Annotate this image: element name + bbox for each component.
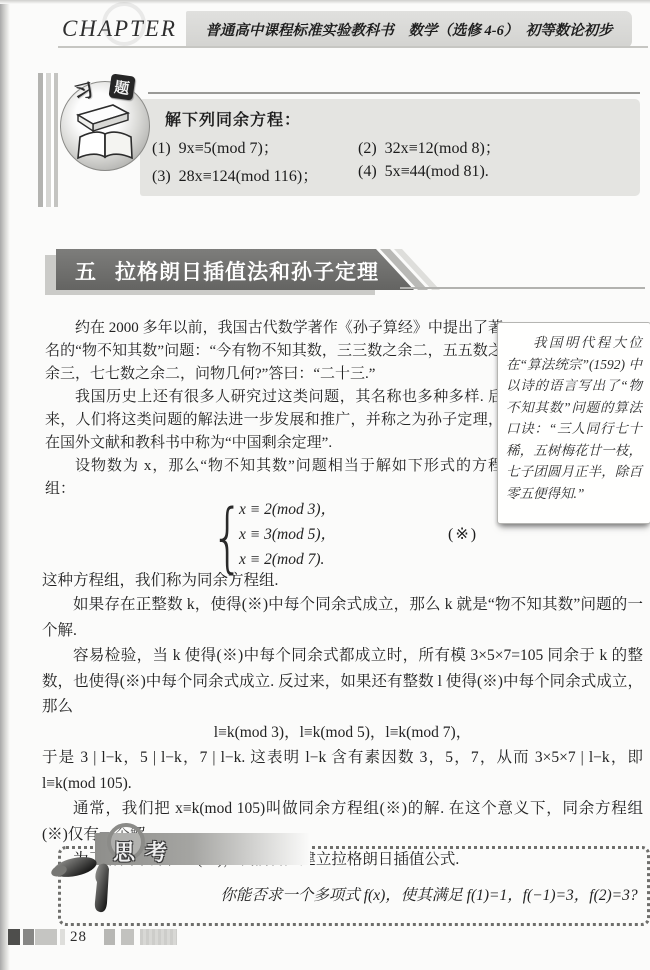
exercise-box-topline: [148, 92, 640, 94]
footer-block-5: [104, 929, 115, 945]
exercise-item-2-equation: 32x≡12(mod 8)；: [385, 140, 501, 157]
exercise-item-4-number: (4): [358, 163, 377, 180]
paragraph-3: 设物数为 x，那么“物不知其数”问题相当于解如下形式的方程组：: [45, 455, 503, 501]
exercise-item-2-number: (2): [358, 140, 377, 157]
footer-block-4: [60, 929, 65, 945]
header-band: 普通高中课程标准实验教科书 数学（选修 4-6） 初等数论初步: [186, 11, 632, 48]
paragraph-6: 容易检验，当 k 使得(※)中每个同余式都成立时，所有模 3×5×7=105 同…: [42, 643, 643, 720]
section-banner-rule: [400, 287, 645, 289]
footer-block-2: [23, 929, 34, 945]
exercise-item-2: (2)32x≡12(mod 8)；: [358, 135, 501, 158]
footer-block-7: [140, 929, 177, 945]
exercises-badge-icon: 习 题: [52, 75, 148, 187]
exercise-icon-char-2: 题: [108, 73, 135, 100]
exercise-item-4: (4)5x≡44(mod 81).: [358, 163, 489, 181]
section-title: 五拉格朗日插值法和孙子定理: [75, 256, 379, 286]
section-banner: 五拉格朗日插值法和孙子定理: [45, 246, 645, 298]
paragraph-4: 这种方程组，我们称为同余方程组.: [42, 568, 278, 590]
scan-left-edge: [0, 0, 10, 970]
think-box: 思考 你能否求一个多项式 f(x)，使其满足 f(1)=1，f(−1)=3，f(…: [58, 846, 650, 926]
paragraph-2: 我国历史上还有很多人研究过这类问题，其名称也多种多样. 后来，人们将这类问题的解…: [45, 386, 503, 455]
think-question: 你能否求一个多项式 f(x)，使其满足 f(1)=1，f(−1)=3，f(2)=…: [61, 883, 647, 905]
exercise-item-1-equation: 9x≡5(mod 7)；: [179, 140, 279, 157]
book-title: 普通高中课程标准实验教科书 数学（选修 4-6） 初等数论初步: [205, 19, 612, 40]
exercise-item-3: (3)28x≡124(mod 116)；: [152, 163, 318, 186]
congruence-eq-1: x ≡ 2(mod 3)，: [239, 497, 336, 522]
exercise-item-3-number: (3): [152, 168, 171, 185]
section-title-text: 拉格朗日插值法和孙子定理: [115, 261, 379, 284]
footer-block-3: [35, 929, 57, 945]
footer-block-6: [121, 929, 134, 945]
think-label: 思考: [113, 836, 177, 867]
reference-mark: (※): [448, 524, 478, 544]
margin-note-text: 我国明代程大位在“算法统宗”(1592) 中以诗的语言写出了“物不知其数”问题的…: [506, 332, 642, 504]
exercise-item-3-equation: 28x≡124(mod 116)；: [179, 168, 319, 185]
section-number: 五: [75, 261, 97, 284]
paragraph-5: 如果存在正整数 k，使得(※)中每个同余式成立，那么 k 就是“物不知其数”问题…: [42, 592, 643, 643]
body-column-1: 约在 2000 多年以前，我国古代数学著作《孙子算经》中提出了著名的“物不知其数…: [45, 317, 503, 501]
congruence-line: l≡k(mod 3)，l≡k(mod 5)，l≡k(mod 7)，: [42, 720, 643, 746]
congruence-eq-2: x ≡ 3(mod 5)，: [239, 522, 336, 547]
header-rule: [58, 46, 648, 48]
chapter-label: CHAPTER: [62, 16, 177, 42]
exercise-icon-char-2-glyph: 题: [113, 76, 131, 99]
congruence-equations: x ≡ 2(mod 3)， x ≡ 3(mod 5)， x ≡ 2(mod 7)…: [239, 497, 336, 572]
books-icon: [66, 97, 144, 163]
exercise-item-1: (1)9x≡5(mod 7)；: [152, 135, 279, 158]
exercise-item-1-number: (1): [152, 140, 171, 157]
page-number: 28: [70, 929, 87, 946]
paragraph-1: 约在 2000 多年以前，我国古代数学著作《孙子算经》中提出了著名的“物不知其数…: [45, 317, 503, 386]
exercise-intro: 解下列同余方程：: [165, 107, 301, 130]
exercise-item-4-equation: 5x≡44(mod 81).: [385, 163, 489, 180]
margin-note-card: 我国明代程大位在“算法统宗”(1592) 中以诗的语言写出了“物不知其数”问题的…: [497, 322, 650, 524]
footer-block-1: [8, 929, 20, 945]
scan-top-edge: [0, 0, 650, 4]
paragraph-7: 于是 3 | l−k，5 | l−k，7 | l−k. 这表明 l−k 含有素因…: [42, 745, 643, 796]
exercise-box: 习 题 解下列同余方程： (1)9x≡5(mod 7)； (2)32x≡12(m…: [40, 75, 642, 201]
